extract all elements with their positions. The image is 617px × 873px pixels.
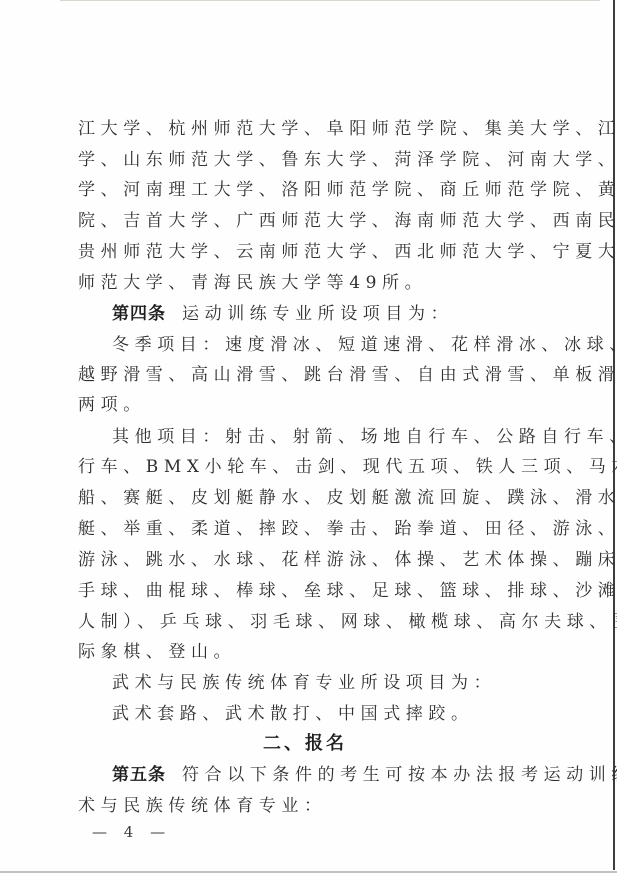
other-sports-line: 际象棋、登山。 <box>78 641 538 663</box>
paragraph-line: 学、河南理工大学、洛阳师范学院、商丘师范学院、黄河科技学 <box>78 179 538 201</box>
other-sports-line: 艇、举重、柔道、摔跤、拳击、跆拳道、田径、游泳、公开水域 <box>78 518 538 540</box>
wushu-intro: 武术与民族传统体育专业所设项目为： <box>112 672 572 694</box>
paragraph-line: 江大学、杭州师范大学、阜阳师范学院、集美大学、江西师范大 <box>78 118 538 140</box>
article-5: 第五条符合以下条件的考生可按本办法报考运动训练、武 <box>112 764 572 786</box>
paragraph-line: 学、山东师范大学、鲁东大学、菏泽学院、河南大学、郑州大 <box>78 149 538 171</box>
article-5-label: 第五条 <box>112 765 166 785</box>
other-sports-line: 游泳、跳水、水球、花样游泳、体操、艺术体操、蹦床、技巧、 <box>78 549 538 571</box>
winter-sports-line: 冬季项目：速度滑冰、短道速滑、花样滑冰、冰球、冰壶、 <box>112 334 572 356</box>
section-heading: 二、报名 <box>0 733 610 755</box>
other-sports-line: 船、赛艇、皮划艇静水、皮划艇激流回旋、蹼泳、滑水、摩托 <box>78 487 538 509</box>
article-5-continued: 术与民族传统体育专业： <box>78 795 538 817</box>
article-4-text: 运动训练专业所设项目为： <box>182 304 453 324</box>
article-4: 第四条运动训练专业所设项目为： <box>112 303 572 325</box>
other-sports-line: 行车、BMX小轮车、击剑、现代五项、铁人三项、马术、帆 <box>78 456 538 478</box>
other-sports-line: 其他项目：射击、射箭、场地自行车、公路自行车、山地自 <box>112 426 572 448</box>
winter-sports-line: 两项。 <box>78 394 538 416</box>
other-sports-line: 人制）、乒乓球、羽毛球、网球、橄榄球、高尔夫球、围棋、国 <box>78 611 538 633</box>
paragraph-line: 贵州师范大学、云南师范大学、西北师范大学、宁夏大学、青海 <box>78 241 538 263</box>
document-page: 江大学、杭州师范大学、阜阳师范学院、集美大学、江西师范大 学、山东师范大学、鲁东… <box>0 0 617 873</box>
winter-sports-line: 越野滑雪、高山滑雪、跳台滑雪、自由式滑雪、单板滑雪、冬季 <box>78 364 538 386</box>
wushu-items: 武术套路、武术散打、中国式摔跤。 <box>112 703 572 725</box>
article-4-label: 第四条 <box>112 304 166 324</box>
scan-edge-top <box>60 0 600 1</box>
other-sports-line: 手球、曲棍球、棒球、垒球、足球、篮球、排球、沙滩排球（二 <box>78 580 538 602</box>
paragraph-line: 院、吉首大学、广西师范大学、海南师范大学、西南民族大学、 <box>78 210 538 232</box>
article-5-text: 符合以下条件的考生可按本办法报考运动训练、武 <box>182 765 617 785</box>
page-number: — 4 — <box>92 822 171 842</box>
paragraph-line: 师范大学、青海民族大学等49所。 <box>78 272 538 294</box>
